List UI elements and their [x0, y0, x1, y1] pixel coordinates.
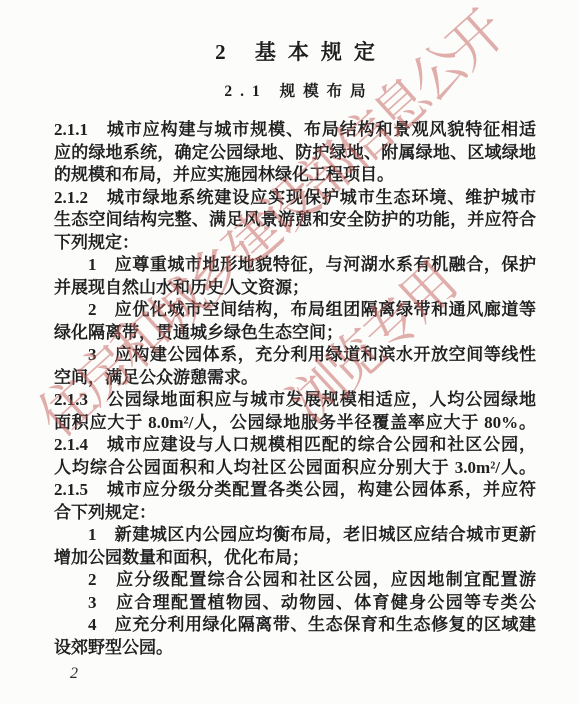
clause-line: 1 应尊重城市地形地貌特征，与河湖水系有机融合，保护	[54, 254, 536, 277]
clause-line: 并展现自然山水和历史人文资源；	[54, 277, 536, 300]
clause-line: 2.1.1 城市应构建与城市规模、布局结构和景观风貌特征相适	[54, 119, 536, 142]
clause-line: 绿化隔离带，贯通城乡绿色生态空间；	[54, 322, 536, 345]
clause-line: 下列规定：	[54, 232, 536, 255]
clause-line: 2.1.4 城市应建设与人口规模相匹配的综合公园和社区公园，	[54, 434, 536, 457]
clause-line: 2.1.5 城市应分级分类配置各类公园，构建公园体系，并应符	[54, 479, 536, 502]
clause-line: 面积应大于 8.0m²/人，公园绿地服务半径覆盖率应大于 80%。	[54, 412, 536, 435]
clause-line: 2.1.2 城市绿地系统建设应实现保护城市生态环境、维护城市	[54, 187, 536, 210]
clause-line: 增加公园数量和面积，优化布局；	[54, 547, 536, 570]
page-content: 2 基本规定 2.1 规模布局 2.1.1 城市应构建与城市规模、布局结构和景观…	[0, 0, 578, 686]
clause-line: 3 应合理配置植物园、动物园、体育健身公园等专类公园；	[54, 592, 536, 615]
clause-line: 设郊野型公园。	[54, 637, 536, 660]
clause-line: 合下列规定：	[54, 502, 536, 525]
clause-line: 生态空间结构完整、满足风景游憩和安全防护的功能，并应符合	[54, 209, 536, 232]
clause-line: 2 应分级配置综合公园和社区公园，应因地制宜配置游园；	[54, 569, 536, 592]
document-body: 2.1.1 城市应构建与城市规模、布局结构和景观风貌特征相适应的绿地系统，确定公…	[54, 119, 536, 659]
clause-line: 3 应构建公园体系，充分利用绿道和滨水开放空间等线性	[54, 344, 536, 367]
page-title: 2 基本规定	[54, 0, 536, 64]
section-heading: 2.1 规模布局	[54, 83, 536, 101]
clause-line: 人均综合公园面积和人均社区公园面积应分别大于 3.0m²/人。	[54, 457, 536, 480]
clause-line: 的规模和布局，并应实施园林绿化工程项目。	[54, 164, 536, 187]
clause-line: 应的绿地系统，确定公园绿地、防护绿地、附属绿地、区域绿地	[54, 142, 536, 165]
clause-line: 1 新建城区内公园应均衡布局，老旧城区应结合城市更新	[54, 524, 536, 547]
clause-line: 4 应充分利用绿化隔离带、生态保育和生态修复的区域建	[54, 614, 536, 637]
page-number: 2	[70, 662, 536, 686]
document-page: 住房和城乡建设部信息公开 浏览专用 2 基本规定 2.1 规模布局 2.1.1 …	[0, 0, 578, 704]
clause-line: 空间，满足公众游憩需求。	[54, 367, 536, 390]
clause-line: 2 应优化城市空间结构，布局组团隔离绿带和通风廊道等	[54, 299, 536, 322]
clause-line: 2.1.3 公园绿地面积应与城市发展规模相适应，人均公园绿地	[54, 389, 536, 412]
